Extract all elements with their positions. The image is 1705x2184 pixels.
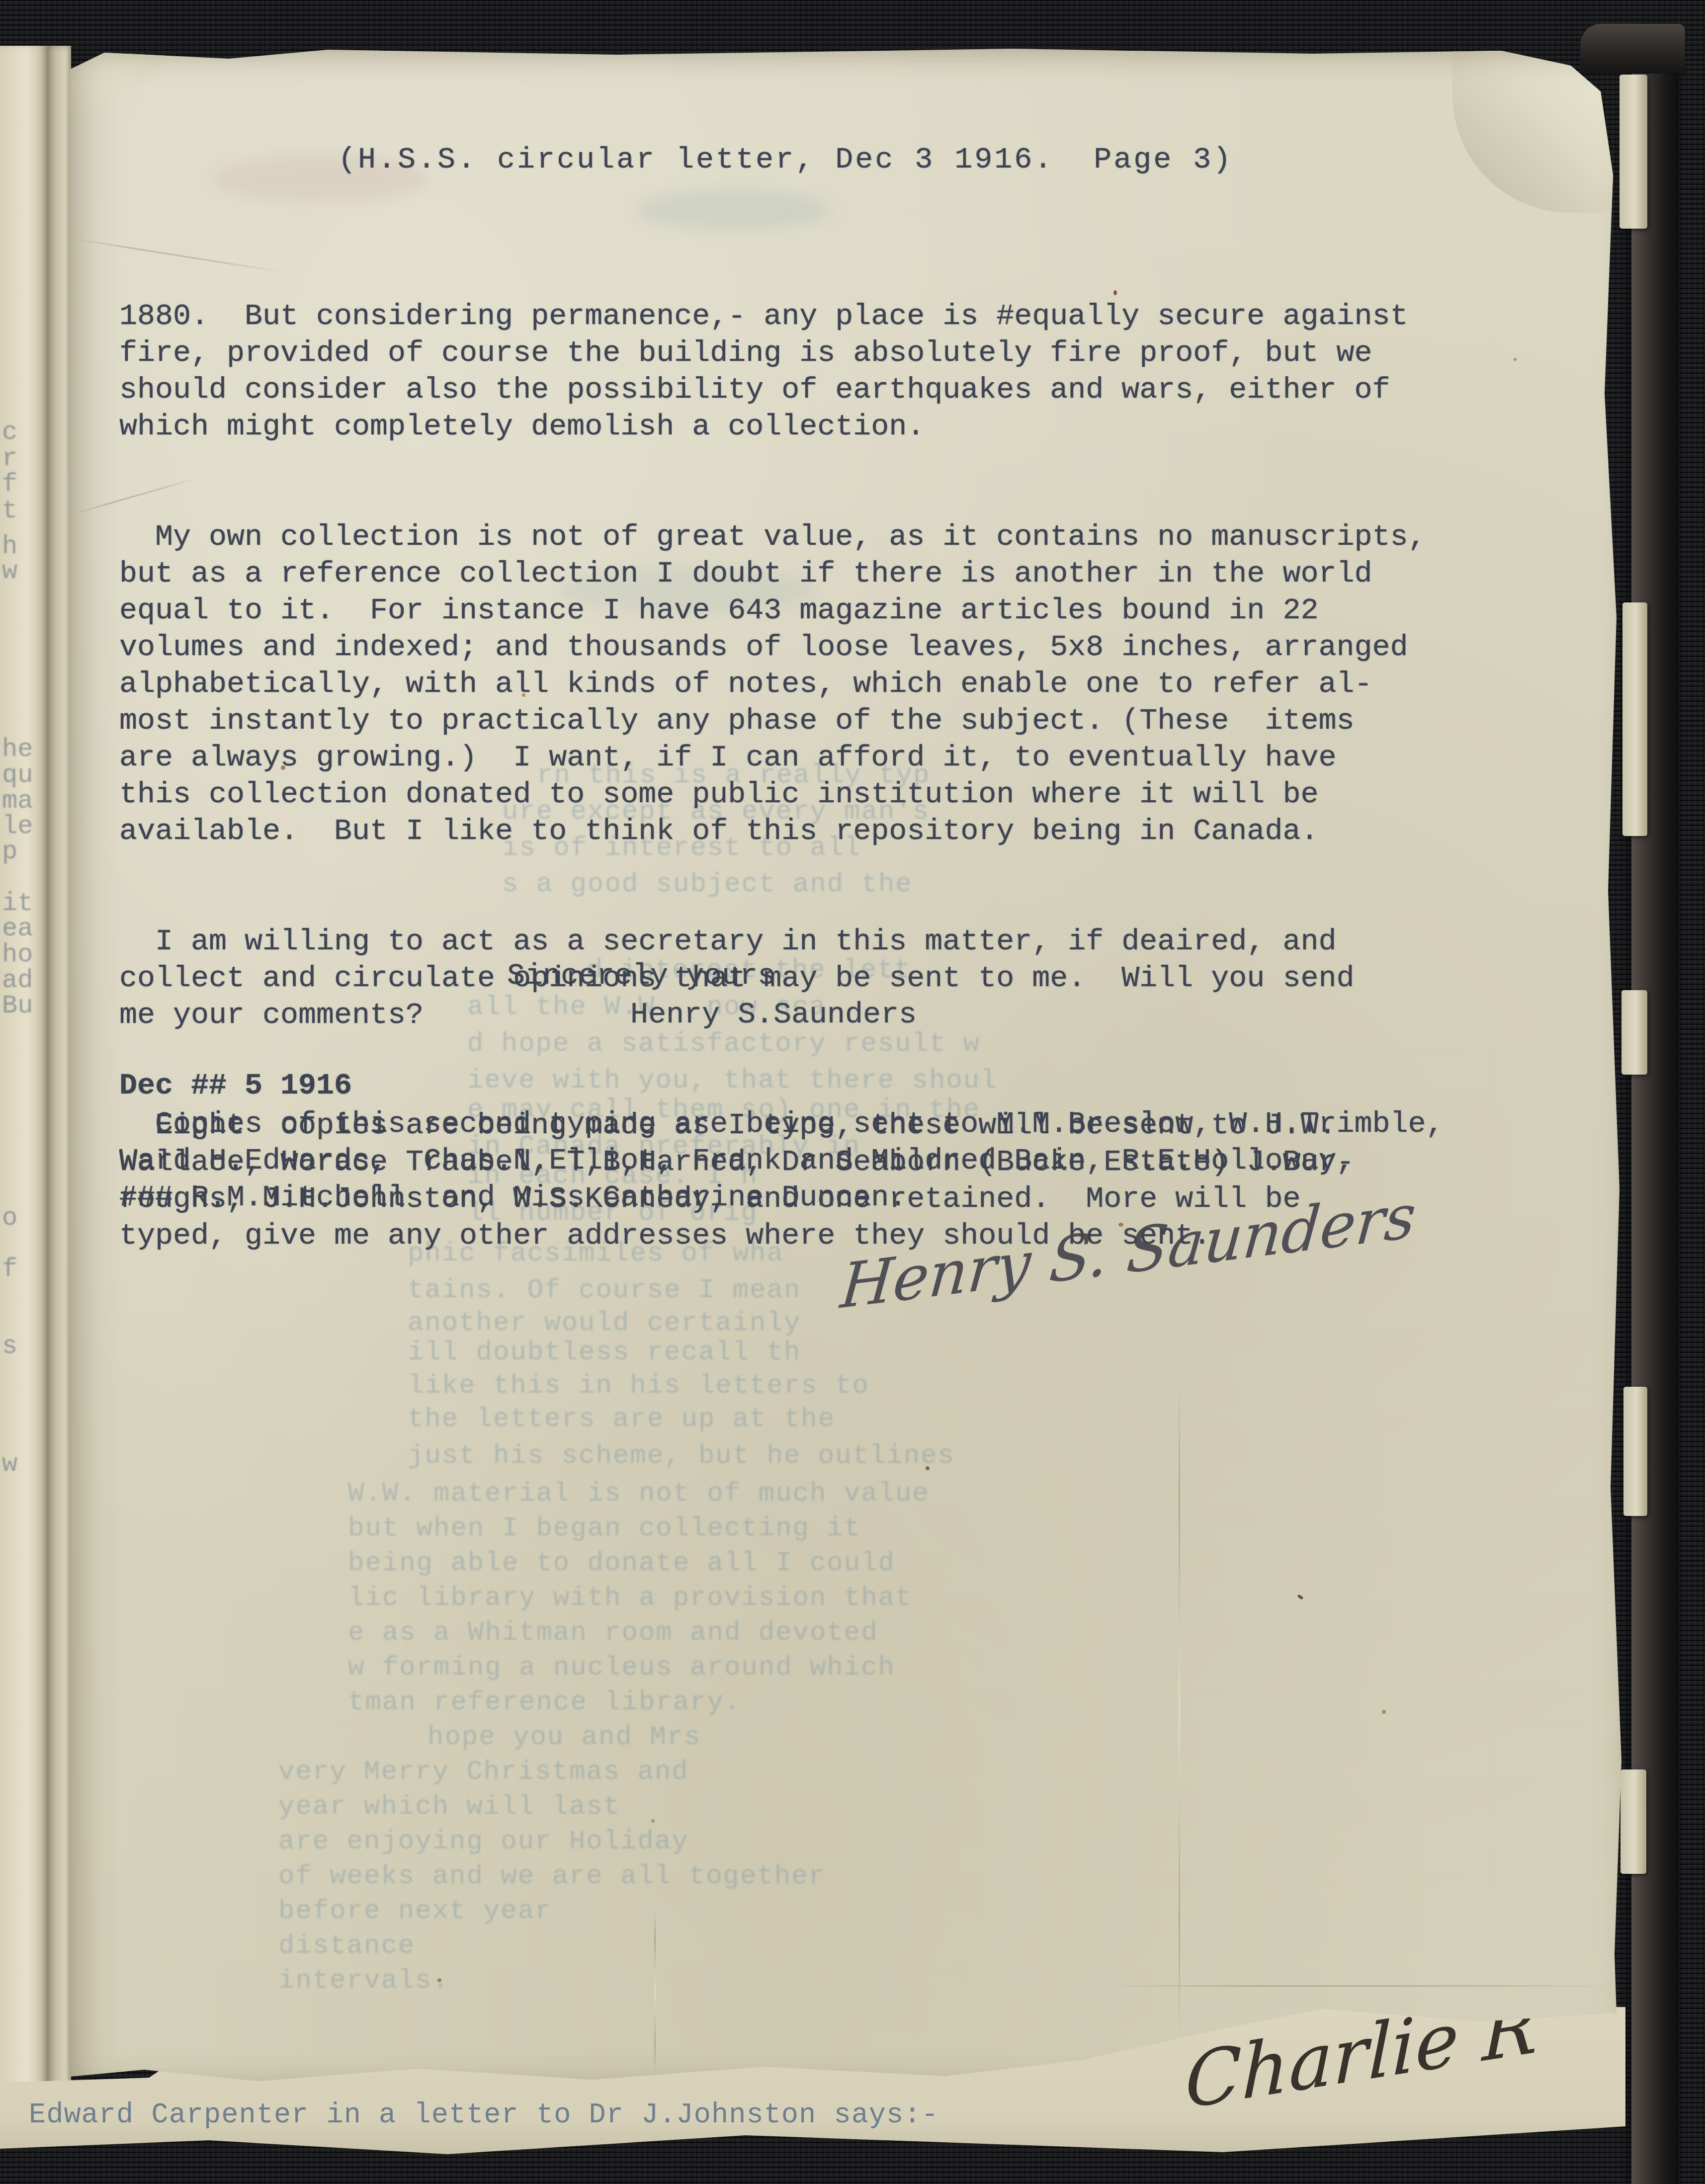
page-tab [1622, 602, 1647, 836]
bleedthrough-line: but when I began collecting it [348, 1513, 861, 1544]
page-dogear-corner [67, 44, 181, 118]
page-stack-groove [48, 46, 71, 2106]
typed-line: equal to it. For instance I have 643 mag… [119, 592, 1426, 629]
closing-salutation: Sincerely yours [507, 959, 775, 993]
crease [1179, 1383, 1180, 2039]
bleedthrough-line: lic library with a provision that [348, 1583, 912, 1613]
letter-page: rn this is a really typure except as eve… [70, 46, 1636, 2098]
bleedthrough-line: W.W. material is not of much value [348, 1479, 930, 1509]
page-tab [1621, 990, 1647, 1075]
bleedthrough-line: ill doubtless recall th [408, 1338, 801, 1368]
bleedthrough-line: being able to donate all I could [348, 1548, 895, 1579]
foxing-speck [437, 1978, 441, 1982]
bleedthrough-line: distance [278, 1931, 415, 1961]
typed-line: should consider also the possibility of … [119, 372, 1426, 409]
crease [654, 1910, 656, 2074]
page-tab [1620, 75, 1647, 229]
facing-page-edge [0, 46, 48, 2106]
foxing-speck [651, 1819, 655, 1823]
bleedthrough-line: intervals. [278, 1966, 449, 1996]
bleedthrough-line: before next year [278, 1896, 552, 1927]
foxing-speck [281, 765, 285, 770]
typed-line: Copies of this second typing are being s… [119, 1106, 1444, 1143]
bleedthrough-line: just his scheme, but he outlines [408, 1441, 955, 1471]
paragraph: 1880. But considering permanence,- any p… [119, 298, 1426, 445]
slip-typed-line: Edward Carpenter in a letter to Dr J.Joh… [29, 2100, 939, 2131]
bleedthrough-line: w forming a nucleus around which [348, 1653, 895, 1683]
scanned-album-photo: crfthwhequmalepiteahoadBuofsw Edward Car… [0, 0, 1705, 2184]
paragraph: My own collection is not of great value,… [119, 519, 1426, 850]
foxing-speck [1118, 1223, 1123, 1227]
foxing-speck [1297, 1594, 1303, 1600]
bleedthrough-line: like this in his letters to [408, 1371, 869, 1401]
typed-line: but as a reference collection I doubt if… [119, 556, 1426, 592]
album-cover-trim-corner [1581, 24, 1685, 74]
bleedthrough-line: year which will last [278, 1792, 620, 1822]
foxing-speck [926, 1466, 930, 1470]
typed-line: volumes and indexed; and thousands of lo… [119, 629, 1426, 666]
bleedthrough-line: hope you and Mrs [427, 1722, 701, 1753]
foxing-speck [1113, 290, 1117, 295]
typed-line: which might completely demolish a collec… [119, 409, 1426, 445]
typed-line: fire, provided of course the building is… [119, 335, 1426, 372]
foxing-speck [1382, 1710, 1386, 1714]
typed-line: most instantly to practically any phase … [119, 703, 1426, 740]
typed-line: alphabetically, with all kinds of notes,… [119, 666, 1426, 703]
typed-line: I am willing to act as a secretary in th… [119, 924, 1426, 960]
typed-line: My own collection is not of great value,… [119, 519, 1426, 556]
page-tab [1623, 1387, 1647, 1516]
ink-smudge [636, 190, 830, 230]
closing-typed-name: Henry S.Saunders [630, 998, 917, 1032]
foxing-speck [1514, 358, 1517, 361]
bleedthrough-line: the letters are up at the [408, 1404, 835, 1434]
typed-line: Ward H.Edwards, Chas.N.Elliot, Frank and… [119, 1143, 1444, 1179]
page-tab [1620, 1769, 1646, 1874]
foxing-speck [522, 693, 525, 697]
bleedthrough-line: of weeks and we are all together [278, 1861, 826, 1892]
typed-line: available. But I like to think of this r… [119, 813, 1426, 850]
letter-header: (H.S.S. circular letter, Dec 3 1916. Pag… [338, 143, 1233, 177]
typed-line: this collection donated to some public i… [119, 776, 1426, 813]
bleedthrough-line: very Merry Christmas and [278, 1757, 689, 1787]
bleedthrough-line: e as a Whitman room and devoted [348, 1618, 878, 1648]
typed-line: are always growing.) I want, if I can af… [119, 740, 1426, 776]
crease [1104, 1985, 1620, 1987]
bleedthrough-line: tman reference library. [348, 1687, 741, 1718]
bleedthrough-line: are enjoying our Holiday [278, 1827, 689, 1857]
typed-line: 1880. But considering permanence,- any p… [119, 298, 1426, 335]
postscript-body: Copies of this second typing are being s… [119, 1106, 1444, 1216]
postscript-date: Dec ## 5 1916 [119, 1069, 352, 1103]
